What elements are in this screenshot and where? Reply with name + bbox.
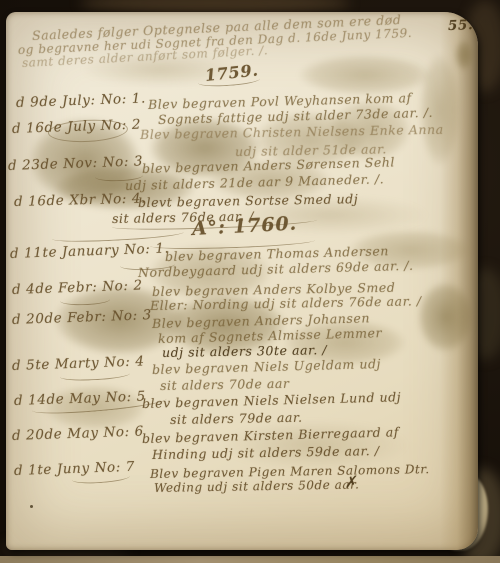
entry-1760-5-text: sit alders 79de aar. — [170, 410, 303, 427]
entry-1760-4-text: sit alders 70de aar — [160, 376, 290, 393]
entry-1760-1-date: d 11te January No: 1. — [10, 240, 170, 262]
entry-1760-6-date: d 20de May No: 6 — [12, 423, 144, 444]
entry-1760-7-text: Weding udj sit alders 50de aar. — [154, 477, 360, 495]
year-heading-1760: A°: 1760. — [191, 213, 297, 240]
page-number: 55. — [448, 17, 474, 34]
cross-mark: ✗ — [343, 472, 359, 492]
manuscript-page: 55. Saaledes følger Optegnelse paa alle … — [6, 12, 478, 550]
manuscript-photo: 55. Saaledes følger Optegnelse paa alle … — [0, 0, 500, 563]
ink-stain — [418, 282, 473, 352]
ink-stain — [300, 55, 430, 95]
ink-stain — [455, 40, 473, 70]
entry-1759-1-date: d 9de July: No: 1. — [16, 90, 146, 111]
table-surface — [0, 556, 500, 563]
ink-speck — [30, 505, 33, 508]
